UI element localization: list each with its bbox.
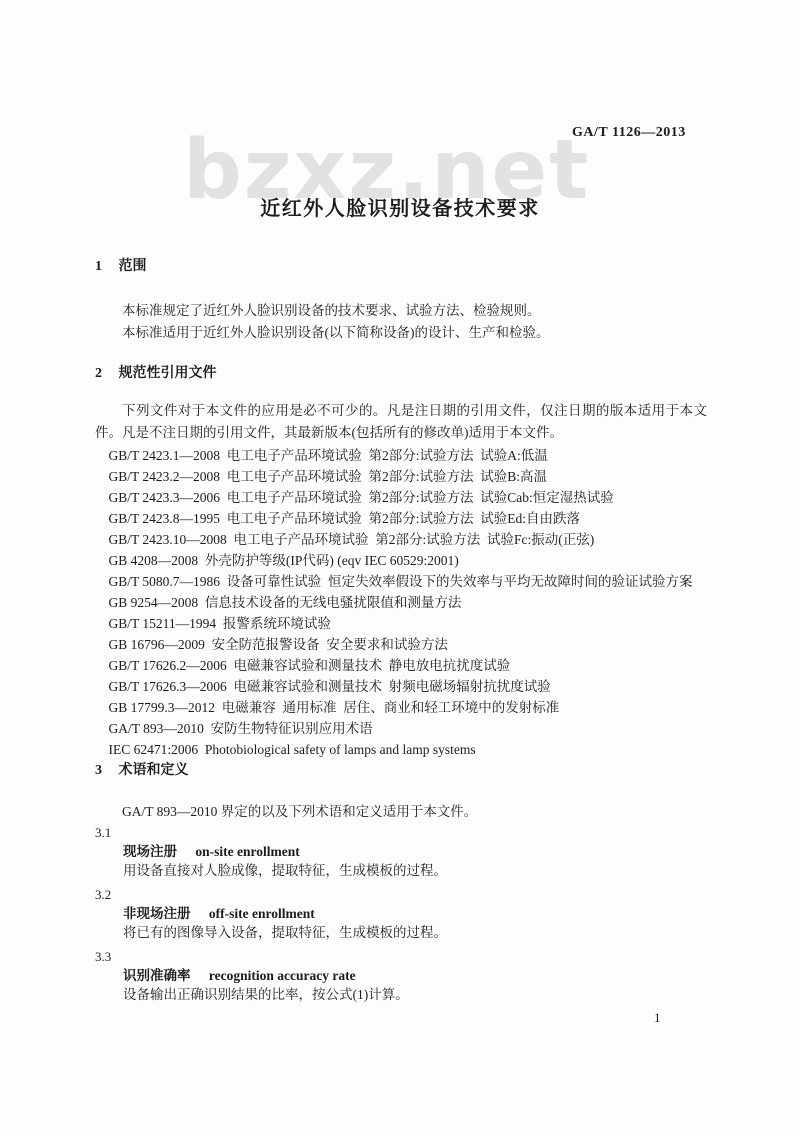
section-2-intro: 下列文件对于本文件的应用是必不可少的。凡是注日期的引用文件，仅注日期的版本适用于… bbox=[95, 400, 707, 444]
reference-item: GB/T 2423.1—2008 电工电子产品环境试验 第2部分:试验方法 试验… bbox=[95, 445, 707, 466]
page-number: 1 bbox=[654, 1010, 661, 1026]
reference-item: GB 17799.3—2012 电磁兼容 通用标准 居住、商业和轻工环境中的发射… bbox=[95, 697, 707, 718]
section-3-heading: 3 术语和定义 bbox=[95, 762, 707, 780]
term-name-line: 识别准确率 recognition accuracy rate bbox=[95, 966, 707, 985]
term-name-line: 现场注册 on-site enrollment bbox=[95, 842, 707, 861]
section-2-number: 2 bbox=[95, 365, 102, 383]
section-1-title: 范围 bbox=[119, 259, 147, 274]
document-body: 1 范围 本标准规定了近红外人脸识别设备的技术要求、试验方法、检验规则。 本标准… bbox=[95, 252, 707, 1004]
section-1-number: 1 bbox=[95, 258, 102, 276]
section-1-heading: 1 范围 bbox=[95, 258, 707, 276]
term-definition: 设备输出正确识别结果的比率，按公式(1)计算。 bbox=[95, 985, 707, 1004]
section-3-title: 术语和定义 bbox=[119, 763, 189, 778]
term-definition: 用设备直接对人脸成像，提取特征，生成模板的过程。 bbox=[95, 861, 707, 880]
reference-item: GB 4208—2008 外壳防护等级(IP代码) (eqv IEC 60529… bbox=[95, 550, 707, 571]
reference-item: GB/T 15211—1994 报警系统环境试验 bbox=[95, 613, 707, 634]
term-name-zh: 识别准确率 bbox=[123, 968, 191, 983]
reference-item: GB/T 2423.8—1995 电工电子产品环境试验 第2部分:试验方法 试验… bbox=[95, 508, 707, 529]
term-definition-block: 3.1 现场注册 on-site enrollment 用设备直接对人脸成像，提… bbox=[95, 823, 707, 880]
reference-item: GA/T 893—2010 安防生物特征识别应用术语 bbox=[95, 718, 707, 739]
term-name-en: on-site enrollment bbox=[195, 844, 299, 859]
reference-item: GB/T 17626.3—2006 电磁兼容试验和测量技术 射频电磁场辐射抗扰度… bbox=[95, 676, 707, 697]
section-1-paragraph: 本标准规定了近红外人脸识别设备的技术要求、试验方法、检验规则。 bbox=[95, 300, 707, 322]
section-2-heading: 2 规范性引用文件 bbox=[95, 365, 707, 383]
reference-item: IEC 62471:2006 Photobiological safety of… bbox=[95, 739, 707, 760]
reference-item: GB/T 2423.2—2008 电工电子产品环境试验 第2部分:试验方法 试验… bbox=[95, 466, 707, 487]
term-name-zh: 非现场注册 bbox=[123, 906, 191, 921]
term-definition: 将已有的图像导入设备，提取特征，生成模板的过程。 bbox=[95, 923, 707, 942]
document-page: bzxz.net GA/T 1126—2013 近红外人脸识别设备技术要求 1 … bbox=[0, 0, 800, 1134]
reference-item: GB 9254—2008 信息技术设备的无线电骚扰限值和测量方法 bbox=[95, 592, 707, 613]
term-definition-block: 3.3 识别准确率 recognition accuracy rate 设备输出… bbox=[95, 947, 707, 1004]
reference-item: GB/T 2423.10—2008 电工电子产品环境试验 第2部分:试验方法 试… bbox=[95, 529, 707, 550]
normative-references-list: GB/T 2423.1—2008 电工电子产品环境试验 第2部分:试验方法 试验… bbox=[95, 445, 707, 760]
term-definition-block: 3.2 非现场注册 off-site enrollment 将已有的图像导入设备… bbox=[95, 885, 707, 942]
reference-item: GB/T 5080.7—1986 设备可靠性试验 恒定失效率假设下的失效率与平均… bbox=[95, 571, 707, 592]
reference-item: GB 16796—2009 安全防范报警设备 安全要求和试验方法 bbox=[95, 634, 707, 655]
document-title: 近红外人脸识别设备技术要求 bbox=[95, 192, 705, 221]
standard-code: GA/T 1126—2013 bbox=[572, 125, 686, 141]
section-1-paragraph: 本标准适用于近红外人脸识别设备(以下简称设备)的设计、生产和检验。 bbox=[95, 322, 707, 344]
reference-item: GB/T 17626.2—2006 电磁兼容试验和测量技术 静电放电抗扰度试验 bbox=[95, 655, 707, 676]
section-2-title: 规范性引用文件 bbox=[119, 366, 217, 381]
section-3-intro: GA/T 893—2010 界定的以及下列术语和定义适用于本文件。 bbox=[95, 801, 707, 823]
term-name-en: recognition accuracy rate bbox=[209, 968, 356, 983]
term-number: 3.2 bbox=[95, 885, 707, 904]
term-number: 3.3 bbox=[95, 947, 707, 966]
term-name-zh: 现场注册 bbox=[123, 844, 177, 859]
term-number: 3.1 bbox=[95, 823, 707, 842]
section-3-number: 3 bbox=[95, 762, 102, 780]
reference-item: GB/T 2423.3—2006 电工电子产品环境试验 第2部分:试验方法 试验… bbox=[95, 487, 707, 508]
term-name-line: 非现场注册 off-site enrollment bbox=[95, 904, 707, 923]
term-name-en: off-site enrollment bbox=[209, 906, 315, 921]
